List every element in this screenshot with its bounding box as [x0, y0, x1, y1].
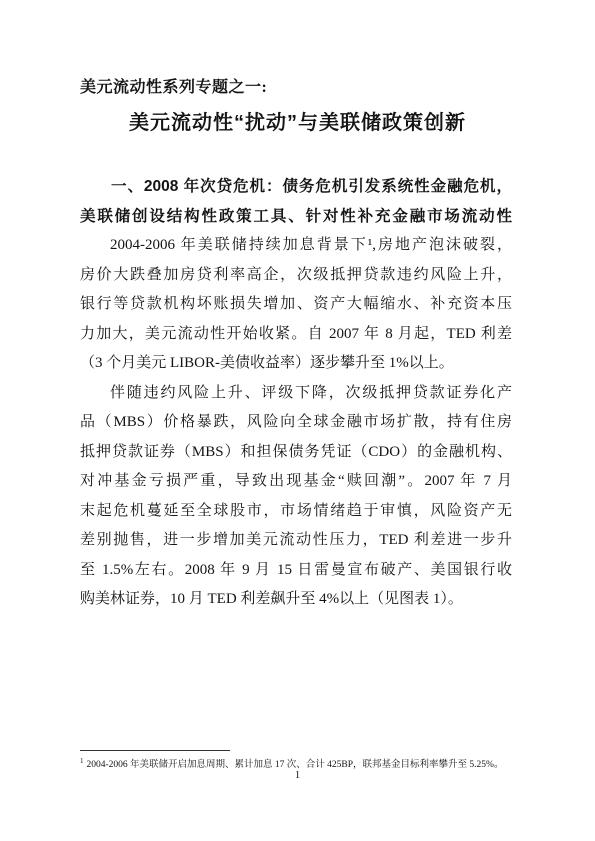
footnote-marker: 1 — [80, 757, 84, 765]
section-heading-line: 美联储创设结构性政策工具、针对性补充金融市场流动性 — [80, 202, 512, 232]
document-page: 美元流动性系列专题之一: 美元流动性“扰动”与美联储政策创新 一、2008 年次… — [0, 0, 595, 841]
paragraph-line: 2004-2006 年美联储持续加息背景下¹,房地产泡沫破裂， — [80, 231, 512, 261]
paragraph-line: 购美林证券，10 月 TED 利差飙升至 4%以上（见图表 1）。 — [80, 585, 512, 615]
paragraph-line: 抵押贷款证券（MBS）和担保债务凭证（CDO）的金融机构、 — [80, 438, 512, 468]
paragraph-line: 对冲基金亏损严重，导致出现基金“赎回潮”。2007 年 7 月 — [80, 467, 512, 497]
paragraph-line: 银行等贷款机构坏账损失增加、资产大幅缩水、补充资本压 — [80, 290, 512, 320]
paragraph-line: 末起危机蔓延至全球股市，市场情绪趋于审慎，风险资产无 — [80, 497, 512, 527]
paragraph-line: 力加大，美元流动性开始收紧。自 2007 年 8 月起，TED 利差 — [80, 320, 512, 350]
paragraph-line: 差别抛售，进一步增加美元流动性压力，TED 利差进一步升 — [80, 526, 512, 556]
footnote: 12004-2006 年美联储开启加息周期、累计加息 17 次、合计 425BP… — [80, 755, 520, 771]
paragraph-line: （3 个月美元 LIBOR-美债收益率）逐步攀升至 1%以上。 — [80, 349, 512, 379]
paragraph-line: 伴随违约风险上升、评级下降，次级抵押贷款证券化产 — [80, 379, 512, 409]
document-body: 一、2008 年次贷危机：债务危机引发系统性金融危机， 美联储创设结构性政策工具… — [80, 172, 512, 615]
footnote-text: 2004-2006 年美联储开启加息周期、累计加息 17 次、合计 425BP，… — [87, 760, 504, 770]
paragraph-line: 至 1.5%左右。2008 年 9 月 15 日雷曼宣布破产、美国银行收 — [80, 556, 512, 586]
paragraph-line: 品（MBS）价格暴跌，风险向全球金融市场扩散，持有住房 — [80, 408, 512, 438]
paragraph-line: 房价大跌叠加房贷利率高企，次级抵押贷款违约风险上升， — [80, 261, 512, 291]
section-heading-line: 一、2008 年次贷危机：债务危机引发系统性金融危机， — [80, 172, 512, 202]
page-number: 1 — [0, 770, 595, 781]
footnote-separator — [80, 750, 230, 751]
series-label: 美元流动性系列专题之一: — [80, 74, 267, 97]
page-title: 美元流动性“扰动”与美联储政策创新 — [0, 106, 595, 135]
